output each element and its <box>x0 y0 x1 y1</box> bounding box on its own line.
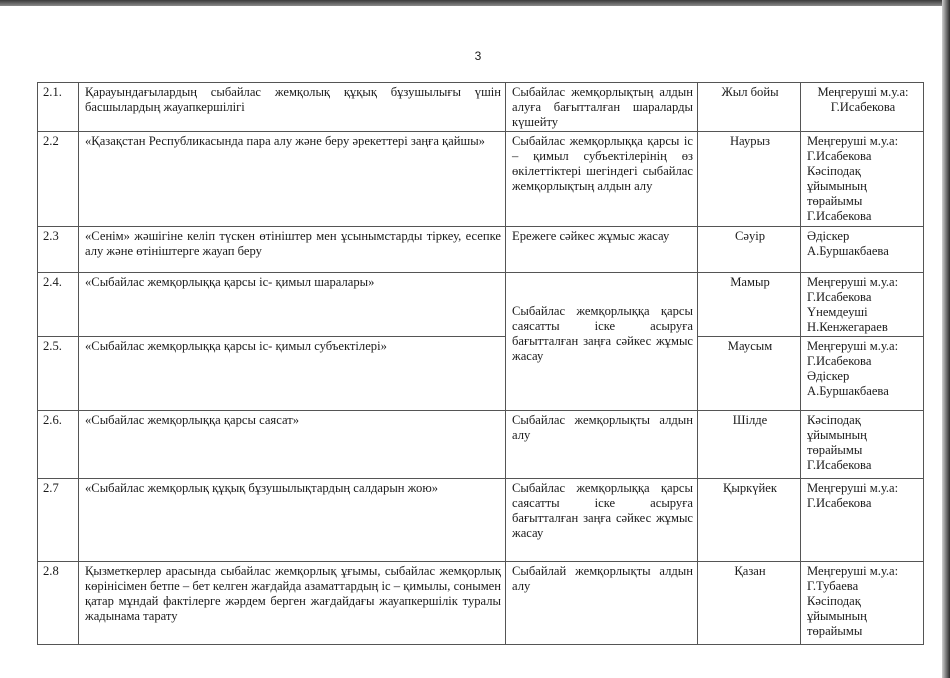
row-number: 2.5. <box>38 337 79 411</box>
responsible-line: Меңгеруші м.у.а: <box>807 564 919 579</box>
table-row: 2.2 «Қазақстан Республикасында пара алу … <box>38 132 924 227</box>
responsible-cell: Кәсіподақ ұйымының төрайымы Г.Исабекова <box>801 411 924 479</box>
responsible-line: Әдіскер <box>807 369 919 384</box>
responsible-line: төрайымы <box>807 624 919 639</box>
responsible-line: төрайымы <box>807 194 919 209</box>
responsible-cell: Меңгеруші м.у.а: Г.Исабекова <box>801 83 924 132</box>
goal-cell: Сыбайлас жемқорлыққа қарсы іс – қимыл су… <box>506 132 698 227</box>
responsible-line: А.Буршакбаева <box>807 384 919 399</box>
row-number: 2.8 <box>38 562 79 645</box>
table-row: 2.8 Қызметкерлер арасында сыбайлас жемқо… <box>38 562 924 645</box>
row-number: 2.4. <box>38 273 79 337</box>
responsible-cell: Меңгеруші м.у.а: Г.Исабекова <box>801 479 924 562</box>
row-number: 2.1. <box>38 83 79 132</box>
table-row: 2.3 «Сенім» жәшігіне келіп түскен өтініш… <box>38 227 924 273</box>
goal-cell: Сыбайлай жемқорлықты алдын алу <box>506 562 698 645</box>
timing-cell: Наурыз <box>698 132 801 227</box>
timing-cell: Қыркүйек <box>698 479 801 562</box>
responsible-line: Г.Исабекова <box>807 458 919 473</box>
responsible-cell: Меңгеруші м.у.а: Г.Исабекова Кәсіподақ ұ… <box>801 132 924 227</box>
scan-top-edge <box>0 0 950 6</box>
responsible-line: Г.Тубаева <box>807 579 919 594</box>
responsible-line: Үнемдеуші <box>807 305 919 320</box>
responsible-line: ұйымының <box>807 609 919 624</box>
row-number: 2.7 <box>38 479 79 562</box>
timing-cell: Маусым <box>698 337 801 411</box>
responsible-cell: Әдіскер А.Буршакбаева <box>801 227 924 273</box>
timing-cell: Мамыр <box>698 273 801 337</box>
row-number: 2.2 <box>38 132 79 227</box>
responsible-line: Меңгеруші м.у.а: <box>807 481 919 496</box>
responsible-line: Меңгеруші м.у.а: <box>807 339 919 354</box>
responsible-line: Кәсіподақ <box>807 594 919 609</box>
responsible-cell: Меңгеруші м.у.а: Г.Исабекова Үнемдеуші Н… <box>801 273 924 337</box>
activity-cell: «Қазақстан Республикасында пара алу және… <box>79 132 506 227</box>
scan-right-edge <box>942 0 950 678</box>
responsible-line: Меңгеруші м.у.а: <box>807 134 919 149</box>
responsible-line: Г.Исабекова <box>807 354 919 369</box>
responsible-line: Г.Исабекова <box>807 149 919 164</box>
responsible-line: ұйымының <box>807 428 919 443</box>
goal-cell: Сыбайлас жемқорлыққа қарсы саясатты іске… <box>506 479 698 562</box>
responsible-line: Г.Исабекова <box>807 209 919 224</box>
responsible-line: А.Буршакбаева <box>807 244 919 259</box>
responsible-line: Кәсіподақ <box>807 413 919 428</box>
table-row: 2.6. «Сыбайлас жемқорлыққа қарсы саясат»… <box>38 411 924 479</box>
timing-cell: Шілде <box>698 411 801 479</box>
responsible-line: Меңгеруші м.у.а: <box>807 275 919 290</box>
responsible-line: Н.Кенжегараев <box>807 320 919 335</box>
timing-cell: Қазан <box>698 562 801 645</box>
table-row: 2.7 «Сыбайлас жемқорлық құқық бұзушылықт… <box>38 479 924 562</box>
activity-cell: «Сенім» жәшігіне келіп түскен өтініштер … <box>79 227 506 273</box>
row-number: 2.6. <box>38 411 79 479</box>
goal-cell: Сыбайлас жемқорлықтың алдын алуға бағытт… <box>506 83 698 132</box>
table-row: 2.1. Қарауындағылардың сыбайлас жемқолық… <box>38 83 924 132</box>
timing-cell: Жыл бойы <box>698 83 801 132</box>
responsible-line: Г.Исабекова <box>807 496 919 511</box>
responsible-line: Г.Исабекова <box>807 100 919 115</box>
activity-cell: «Сыбайлас жемқорлыққа қарсы іс- қимыл ша… <box>79 273 506 337</box>
responsible-line: Кәсіподақ <box>807 164 919 179</box>
activity-cell: «Сыбайлас жемқорлыққа қарсы саясат» <box>79 411 506 479</box>
activity-cell: Қарауындағылардың сыбайлас жемқолық құқы… <box>79 83 506 132</box>
page-number: 3 <box>468 49 488 63</box>
goal-cell: Сыбайлас жемқорлықты алдын алу <box>506 411 698 479</box>
responsible-line: Г.Исабекова <box>807 290 919 305</box>
action-plan-table: 2.1. Қарауындағылардың сыбайлас жемқолық… <box>37 82 924 645</box>
timing-cell: Сәуір <box>698 227 801 273</box>
row-number: 2.3 <box>38 227 79 273</box>
activity-cell: «Сыбайлас жемқорлыққа қарсы іс- қимыл су… <box>79 337 506 411</box>
activity-cell: Қызметкерлер арасында сыбайлас жемқорлық… <box>79 562 506 645</box>
responsible-cell: Меңгеруші м.у.а: Г.Тубаева Кәсіподақ ұйы… <box>801 562 924 645</box>
responsible-line: Әдіскер <box>807 229 919 244</box>
responsible-line: ұйымының <box>807 179 919 194</box>
table-row: 2.5. «Сыбайлас жемқорлыққа қарсы іс- қим… <box>38 337 924 411</box>
activity-cell: «Сыбайлас жемқорлық құқық бұзушылықтарды… <box>79 479 506 562</box>
responsible-cell: Меңгеруші м.у.а: Г.Исабекова Әдіскер А.Б… <box>801 337 924 411</box>
table-row: 2.4. «Сыбайлас жемқорлыққа қарсы іс- қим… <box>38 273 924 337</box>
goal-cell: Ережеге сәйкес жұмыс жасау <box>506 227 698 273</box>
goal-cell-merged: Сыбайлас жемқорлыққа қарсы саясатты іске… <box>506 273 698 411</box>
responsible-line: төрайымы <box>807 443 919 458</box>
responsible-line: Меңгеруші м.у.а: <box>807 85 919 100</box>
